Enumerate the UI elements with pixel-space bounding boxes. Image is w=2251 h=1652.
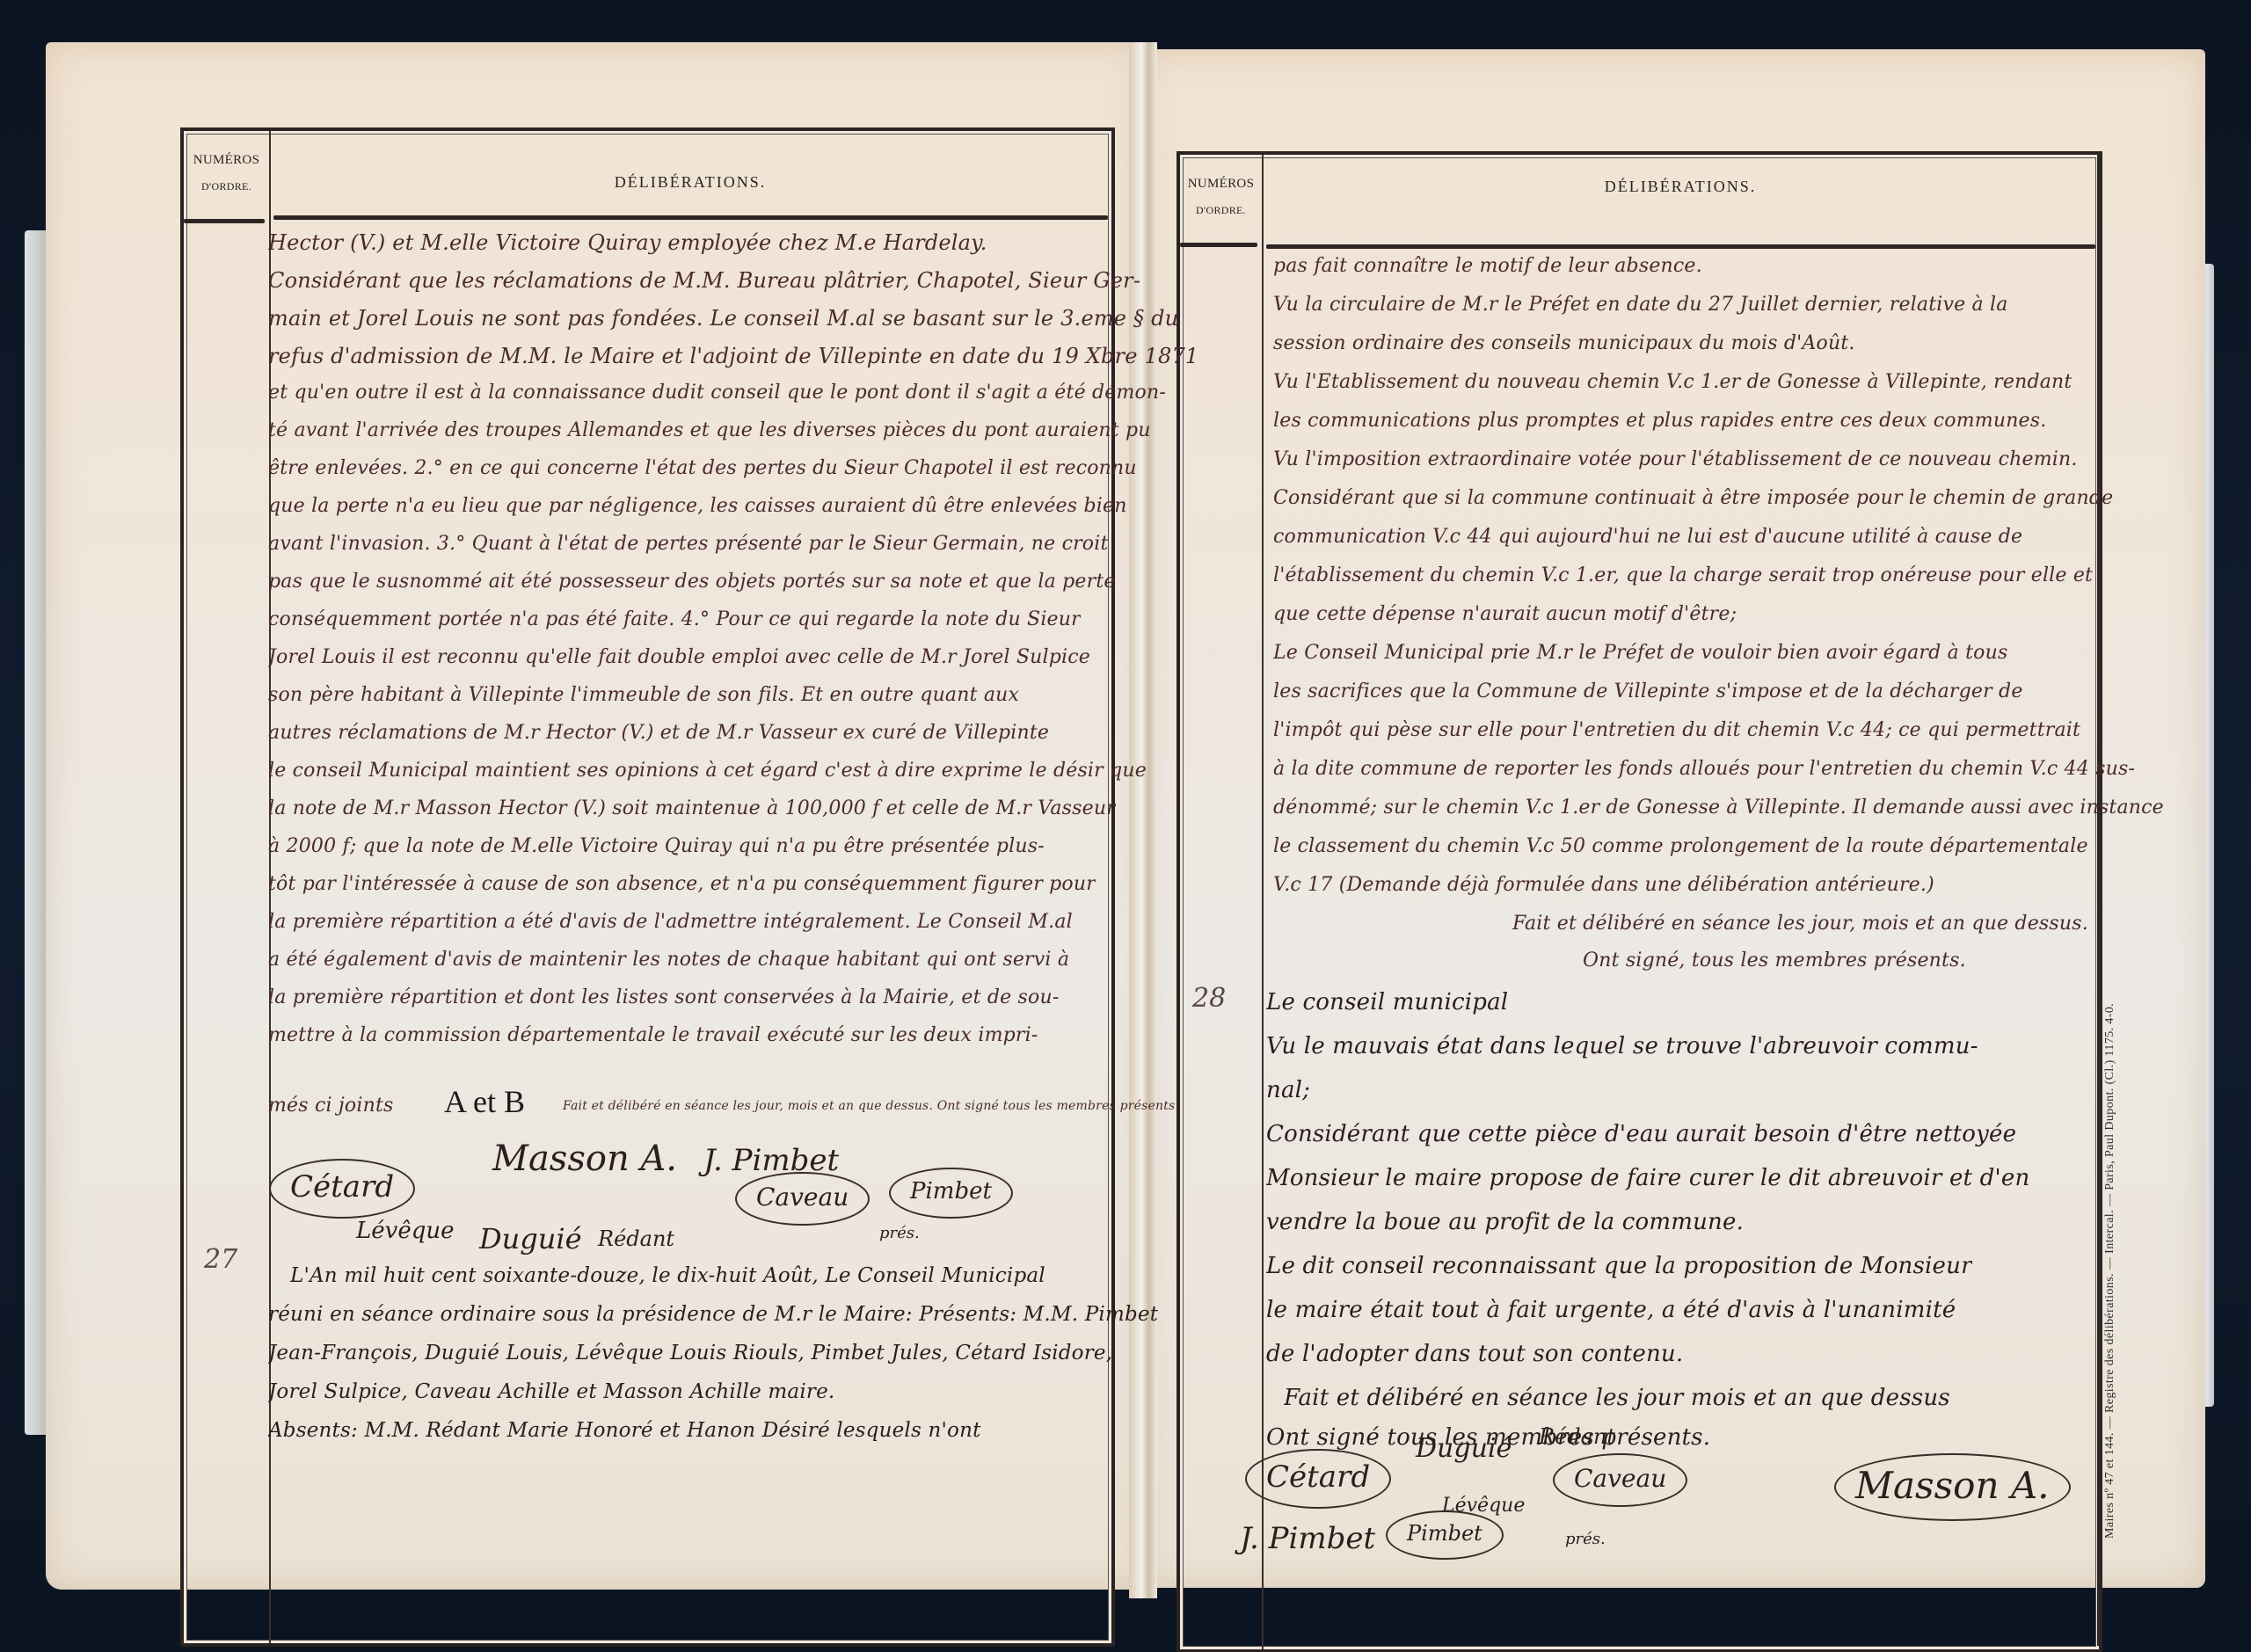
text-line: à 2000 f; que la note de M.elle Victoire… (268, 835, 1045, 857)
text-line: Le Conseil Municipal prie M.r le Préfet … (1273, 642, 2007, 664)
text-line: més ci joints (268, 1095, 394, 1117)
text-line: la note de M.r Masson Hector (V.) soit m… (268, 797, 1116, 819)
closing-formula: Ont signé, tous les membres présents. (1583, 950, 1966, 972)
text-line: la première répartition et dont les list… (268, 986, 1059, 1008)
signature: Caveau (1574, 1464, 1666, 1493)
header-rule (1180, 243, 1257, 247)
text-line: réuni en séance ordinaire sous la présid… (268, 1303, 1158, 1326)
signature: Cétard (1266, 1459, 1370, 1495)
printer-imprint: Maires nº 47 et 144. — Registre des déli… (2103, 1003, 2117, 1539)
text-line: conséquemment portée n'a pas été faite. … (268, 608, 1081, 630)
text-line: le conseil Municipal maintient ses opini… (268, 760, 1147, 782)
text-line: V.c 17 (Demande déjà formulée dans une d… (1273, 874, 1934, 896)
order-number-column (184, 131, 271, 1643)
text-line: Vu la circulaire de M.r le Préfet en dat… (1273, 294, 2008, 316)
text-line: que cette dépense n'aurait aucun motif d… (1273, 603, 1737, 625)
signature: Duguié (479, 1222, 582, 1255)
text-line: Vu le mauvais état dans lequel se trouve… (1266, 1033, 1978, 1059)
signature: prés. (879, 1224, 920, 1242)
text-line: pas que le susnommé ait été possesseur d… (268, 571, 1116, 593)
deliberations-header: DÉLIBÉRATIONS. (269, 173, 1111, 192)
order-number-27: 27 (204, 1244, 237, 1275)
order-number-header: NUMÉROS D'ORDRE. (184, 147, 269, 200)
order-number-header: NUMÉROS D'ORDRE. (1180, 171, 1262, 223)
text-line: dénommé; sur le chemin V.c 1.er de Gones… (1273, 797, 2164, 819)
text-line: Considérant que si la commune continuait… (1273, 487, 2113, 509)
text-line: Le dit conseil reconnaissant que la prop… (1266, 1253, 1972, 1279)
text-line: vendre la boue au profit de la commune. (1266, 1209, 1744, 1235)
deliberations-header: DÉLIBÉRATIONS. (1262, 178, 2099, 196)
text-line: Hector (V.) et M.elle Victoire Quiray em… (268, 230, 987, 255)
text-line: main et Jorel Louis ne sont pas fondées.… (268, 306, 1178, 331)
text-line: Absents: M.M. Rédant Marie Honoré et Han… (268, 1419, 981, 1442)
text-line: pas fait connaître le motif de leur abse… (1273, 255, 1702, 277)
text-line: communication V.c 44 qui aujourd'hui ne … (1273, 526, 2022, 548)
text-line: la première répartition a été d'avis de … (268, 911, 1073, 933)
signature: Caveau (756, 1183, 849, 1212)
signature: Rédant (1539, 1424, 1615, 1449)
text-line: Vu l'imposition extraordinaire votée pou… (1273, 448, 2078, 470)
text-line: Jorel Sulpice, Caveau Achille et Masson … (268, 1380, 834, 1403)
text-line: les sacrifices que la Commune de Villepi… (1273, 680, 2023, 702)
signature: Cétard (290, 1169, 394, 1204)
text-line: le classement du chemin V.c 50 comme pro… (1273, 835, 2088, 857)
signature: Duguié (1416, 1433, 1512, 1464)
text-line: a été également d'avis de maintenir les … (268, 949, 1069, 971)
signature: Masson A. (1855, 1464, 2050, 1507)
signature: Masson A. (492, 1139, 677, 1179)
header-numeros: NUMÉROS (1188, 177, 1254, 191)
text-line: de l'adopter dans tout son contenu. (1266, 1341, 1683, 1367)
text-line: Monsieur le maire propose de faire curer… (1266, 1165, 2029, 1191)
header-dordre: D'ORDRE. (184, 173, 269, 200)
annex-marks: A et B (444, 1083, 525, 1120)
signature: Lévêque (356, 1218, 455, 1244)
text-line: Considérant que cette pièce d'eau aurait… (1266, 1121, 2016, 1147)
text-line: Vu l'Etablissement du nouveau chemin V.c… (1273, 371, 2072, 393)
text-line: autres réclamations de M.r Hector (V.) e… (268, 722, 1049, 744)
header-rule (1266, 244, 2095, 249)
text-line: et qu'en outre il est à la connaissance … (268, 382, 1166, 404)
text-line: à la dite commune de reporter les fonds … (1273, 758, 2135, 780)
signature: Pimbet (910, 1178, 992, 1204)
order-number-28: 28 (1192, 983, 1226, 1014)
text-line: Le conseil municipal (1266, 989, 1508, 1015)
text-line: son père habitant à Villepinte l'immeubl… (268, 684, 1019, 706)
text-line: session ordinaire des conseils municipau… (1273, 332, 1855, 354)
text-line: le maire était tout à fait urgente, a ét… (1266, 1297, 1956, 1323)
closing-formula: Fait et délibéré en séance les jour, moi… (563, 1099, 1179, 1113)
closing-formula: Fait et délibéré en séance les jour mois… (1284, 1385, 1950, 1411)
text-line: refus d'admission de M.M. le Maire et l'… (268, 344, 1198, 368)
right-margin-rule (2097, 151, 2102, 1646)
header-dordre: D'ORDRE. (1180, 197, 1262, 223)
text-line: nal; (1266, 1077, 1310, 1103)
text-line: l'établissement du chemin V.c 1.er, que … (1273, 564, 2093, 586)
header-rule (184, 219, 265, 223)
text-line: té avant l'arrivée des troupes Allemande… (268, 419, 1151, 441)
signature: Rédant (598, 1226, 674, 1251)
signature: Pimbet (1407, 1521, 1482, 1546)
text-line: Considérant que les réclamations de M.M.… (268, 268, 1140, 293)
text-line: Jean-François, Duguié Louis, Lévêque Lou… (268, 1342, 1112, 1365)
text-line: Jorel Louis il est reconnu qu'elle fait … (268, 646, 1090, 668)
text-line: L'An mil huit cent soixante-douze, le di… (290, 1264, 1045, 1287)
header-rule (273, 215, 1108, 220)
signature: J. Pimbet (1240, 1521, 1375, 1556)
text-line: être enlevées. 2.° en ce qui concerne l'… (268, 457, 1137, 479)
text-line: avant l'invasion. 3.° Quant à l'état de … (268, 533, 1109, 555)
header-numeros: NUMÉROS (193, 153, 259, 167)
order-number-column (1180, 155, 1264, 1649)
text-line: l'impôt qui pèse sur elle pour l'entreti… (1273, 719, 2080, 741)
text-line: que la perte n'a eu lieu que par néglige… (268, 495, 1127, 517)
text-line: les communications plus promptes et plus… (1273, 410, 2046, 432)
signature: prés. (1565, 1530, 1606, 1548)
text-line: mettre à la commission départementale le… (268, 1024, 1038, 1046)
text-line: tôt par l'intéressée à cause de son abse… (268, 873, 1096, 895)
closing-formula: Fait et délibéré en séance les jour, moi… (1512, 913, 2088, 935)
